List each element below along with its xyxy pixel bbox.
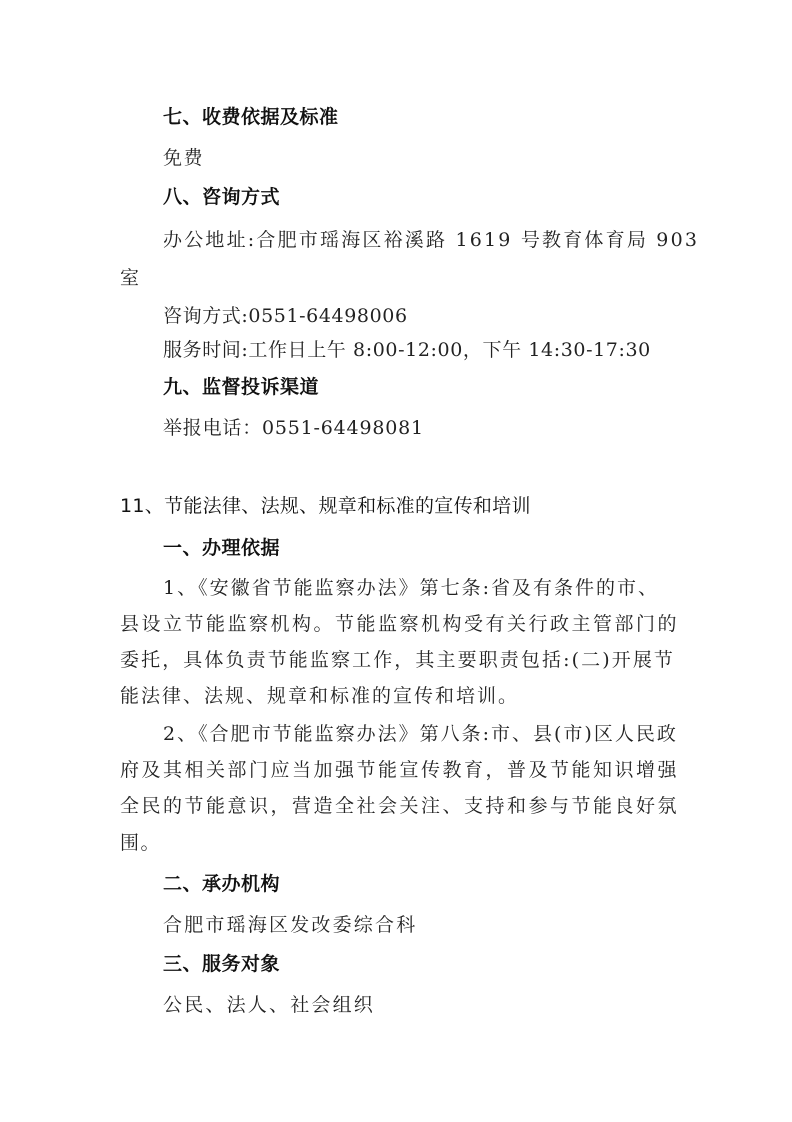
basis-1-line-4: 能法律、法规、规章和标准的宣传和培训。 (120, 684, 519, 708)
heading-service-targets: 三、服务对象 (163, 952, 280, 976)
basis-1-line-1: 1、《安徽省节能监察办法》第七条:省及有条件的市、 (163, 576, 659, 600)
agency-name: 合肥市瑶海区发改委综合科 (163, 913, 417, 937)
fee-value: 免费 (163, 146, 204, 170)
document-page: 七、收费依据及标准 免费 八、咨询方式 办公地址:合肥市瑶海区裕溪路 1619 … (0, 0, 792, 1122)
heading-basis: 一、办理依据 (163, 536, 280, 560)
basis-2-line-2: 府及其相关部门应当加强节能宣传教育，普及节能知识增强 (120, 758, 679, 782)
office-address-cont: 室 (120, 266, 141, 290)
heading-agency: 二、承办机构 (163, 872, 280, 896)
report-phone: 举报电话：0551-64498081 (163, 416, 424, 440)
consult-phone: 咨询方式:0551-64498006 (163, 304, 408, 328)
heading-complaint-channel: 九、监督投诉渠道 (163, 375, 319, 399)
office-address: 办公地址:合肥市瑶海区裕溪路 1619 号教育体育局 903 (163, 228, 699, 252)
service-targets: 公民、法人、社会组织 (163, 993, 375, 1017)
basis-2-line-3: 全民的节能意识，营造全社会关注、支持和参与节能良好氛 (120, 794, 679, 818)
basis-1-line-3: 委托，具体负责节能监察工作，其主要职责包括:(二)开展节 (120, 648, 675, 672)
basis-1-line-2: 县设立节能监察机构。节能监察机构受有关行政主管部门的 (120, 612, 679, 636)
service-hours: 服务时间:工作日上午 8:00-12:00，下午 14:30-17:30 (163, 338, 651, 362)
section-11-title: 11、节能法律、法规、规章和标准的宣传和培训 (120, 494, 531, 518)
heading-consultation: 八、咨询方式 (163, 185, 280, 209)
basis-2-line-4: 围。 (120, 831, 161, 855)
basis-2-line-1: 2、《合肥市节能监察办法》第八条:市、县(市)区人民政 (163, 722, 678, 746)
heading-fee-basis: 七、收费依据及标准 (163, 105, 339, 129)
